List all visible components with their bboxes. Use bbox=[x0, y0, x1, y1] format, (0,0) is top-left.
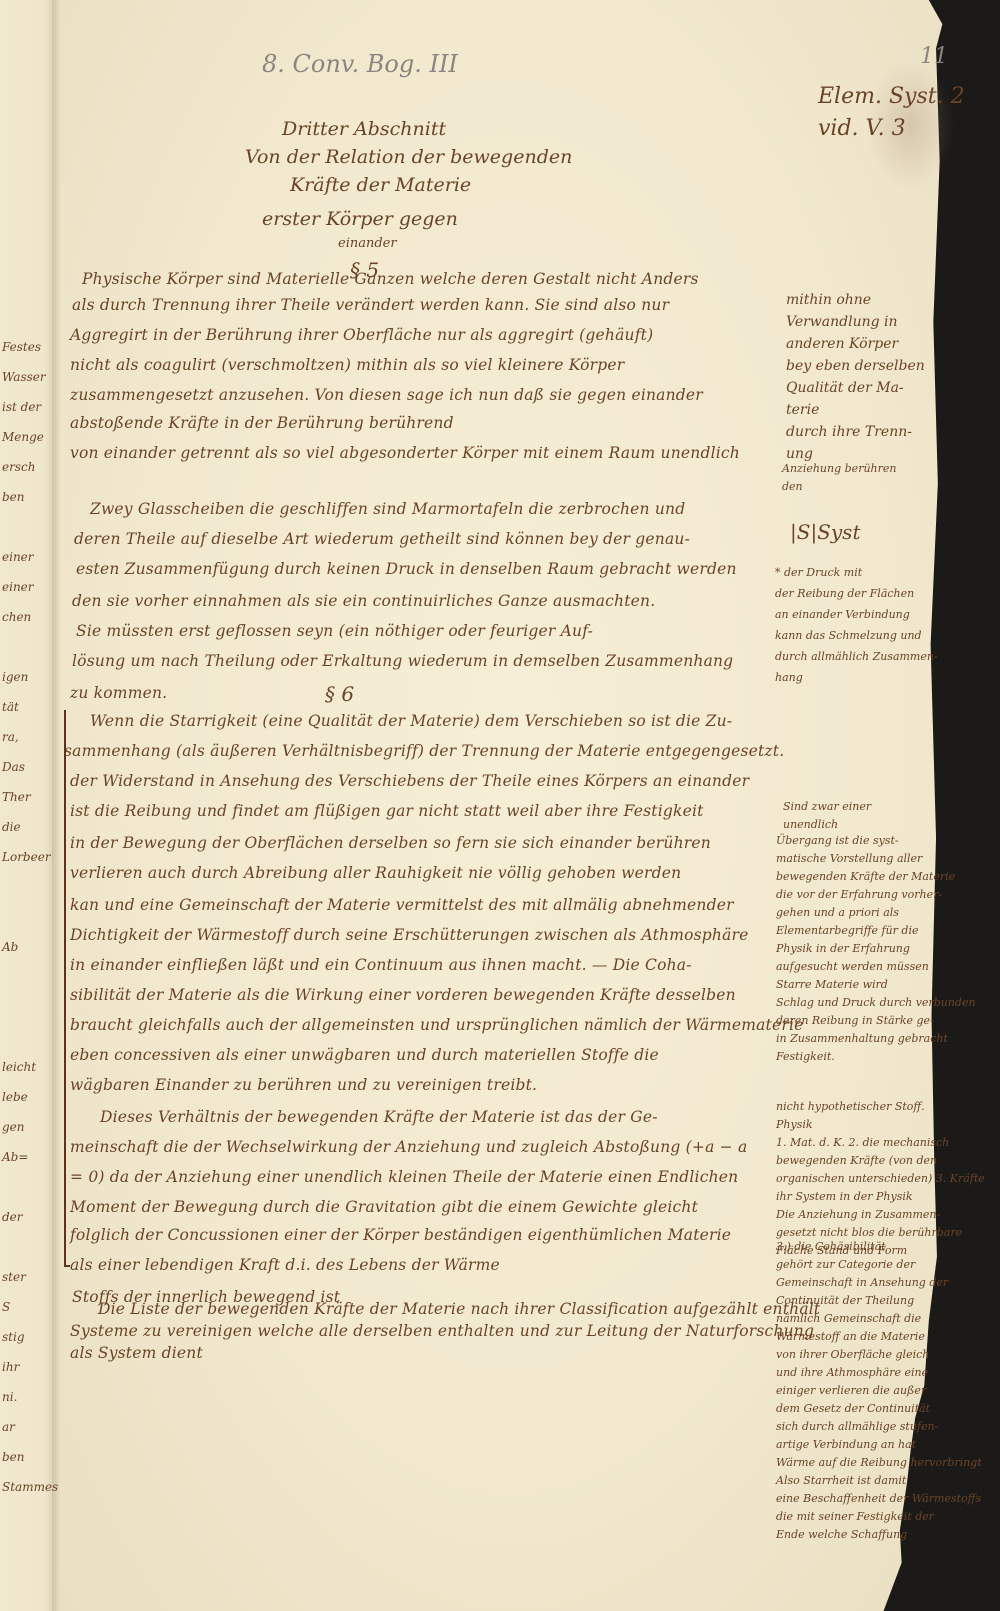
main-text-line: Systeme zu vereinigen welche alle dersel… bbox=[70, 1322, 770, 1340]
margin-note-line: dem Gesetz der Continuität bbox=[776, 1402, 930, 1415]
margin-note-line: gesetzt nicht blos die berührbare bbox=[776, 1226, 962, 1239]
margin-note-line: bewegenden Kräfte (von den bbox=[776, 1154, 937, 1167]
margin-note-line: Elementarbegriffe für die bbox=[776, 924, 918, 937]
margin-note-line: Qualität der Ma- bbox=[786, 380, 904, 396]
margin-note-line: durch ihre Trenn- bbox=[786, 424, 912, 440]
margin-note-line: und ihre Athmosphäre eine bbox=[776, 1366, 928, 1379]
margin-note-line: durch allmählich Zusammen- bbox=[775, 650, 938, 663]
section-6-mark: § 6 bbox=[325, 682, 354, 706]
left-fragment-line: chen bbox=[2, 610, 31, 624]
main-text-line: Physische Körper sind Materielle Ganzen … bbox=[82, 270, 699, 288]
left-fragment-line: Lorbeer bbox=[2, 850, 51, 864]
left-fragment-line: ster bbox=[2, 1270, 26, 1284]
main-text-line: zusammengesetzt anzusehen. Von diesen sa… bbox=[70, 386, 703, 404]
margin-note-line: an einander Verbindung bbox=[775, 608, 910, 621]
left-fragment-line: ni. bbox=[2, 1390, 17, 1404]
main-text-line: folglich der Concussionen einer der Körp… bbox=[70, 1226, 731, 1244]
title-line-2: Von der Relation der bewegenden bbox=[245, 146, 572, 168]
left-fragment-line: Ab bbox=[2, 940, 18, 954]
main-text-line: von einander getrennt als so viel abgeso… bbox=[70, 444, 740, 462]
margin-note-line: Wärme auf die Reibung hervorbringt bbox=[776, 1456, 982, 1469]
main-text-line: sammenhang (als äußeren Verhältnisbegrif… bbox=[64, 742, 764, 760]
main-text-line: Dichtigkeit der Wärmestoff durch seine E… bbox=[70, 926, 749, 944]
main-text-line: Aggregirt in der Berührung ihrer Oberflä… bbox=[70, 326, 653, 344]
margin-note-line: Continuität der Theilung bbox=[776, 1294, 914, 1307]
margin-note-line: 3.) die Cohäsibilität bbox=[776, 1240, 886, 1253]
margin-note-line: 1. Mat. d. K. 2. die mechanisch bbox=[776, 1136, 949, 1149]
margin-note-line: ung bbox=[786, 446, 813, 462]
left-fragment-line: Menge bbox=[2, 430, 44, 444]
margin-note-line: mithin ohne bbox=[786, 292, 871, 308]
main-text-line: Die Liste der bewegenden Kräfte der Mate… bbox=[98, 1300, 798, 1318]
margin-note-line: die mit seiner Festigkeit der bbox=[776, 1510, 934, 1523]
main-text-line: verlieren auch durch Abreibung aller Rau… bbox=[70, 864, 681, 882]
margin-note-line: einiger verlieren die außer bbox=[776, 1384, 926, 1397]
folio-number: 11 bbox=[920, 44, 948, 69]
left-fragment-line: einer bbox=[2, 580, 34, 594]
left-fragment-line: Ther bbox=[2, 790, 31, 804]
left-fragment-line: Festes bbox=[2, 340, 41, 354]
margin-note-line: eine Beschaffenheit der Wärmestoffs bbox=[776, 1492, 981, 1505]
margin-note-line: sich durch allmählige stufen- bbox=[776, 1420, 938, 1433]
top-right-note-2: vid. V. 3 bbox=[818, 116, 906, 141]
main-text-line: Dieses Verhältnis der bewegenden Kräfte … bbox=[100, 1108, 658, 1126]
margin-note-line: matische Vorstellung aller bbox=[776, 852, 922, 865]
left-fragment-line: stig bbox=[2, 1330, 25, 1344]
title-line-1: Dritter Abschnitt bbox=[282, 118, 446, 140]
pencil-note: 8. Conv. Bog. III bbox=[262, 50, 458, 78]
main-text-line: ist die Reibung und findet am flüßigen g… bbox=[70, 802, 704, 820]
left-fragment-line: ben bbox=[2, 1450, 25, 1464]
margin-note-line: nämlich Gemeinschaft die bbox=[776, 1312, 921, 1325]
left-fragment-line: gen bbox=[2, 1120, 25, 1134]
margin-note-line: Schlag und Druck durch verbunden bbox=[776, 996, 976, 1009]
left-fragment-line: S bbox=[2, 1300, 10, 1314]
main-text-line: eben concessiven als einer unwägbaren un… bbox=[70, 1046, 659, 1064]
main-text-line: abstoßende Kräfte in der Berührung berüh… bbox=[70, 414, 454, 432]
main-text-line: lösung um nach Theilung oder Erkaltung w… bbox=[72, 652, 733, 670]
left-fragment-line: Das bbox=[2, 760, 25, 774]
main-text-line: als System dient bbox=[70, 1344, 203, 1362]
title-line-3: Kräfte der Materie bbox=[290, 174, 471, 196]
main-text-line: den sie vorher einnahmen als sie ein con… bbox=[72, 592, 655, 610]
margin-note-line: kann das Schmelzung und bbox=[775, 629, 922, 642]
main-text-line: wägbaren Einander zu berühren und zu ver… bbox=[70, 1076, 537, 1094]
margin-note-line: bey eben derselben bbox=[786, 358, 925, 374]
margin-note-line: bewegenden Kräfte der Materie bbox=[776, 870, 955, 883]
margin-note-line: hang bbox=[775, 671, 803, 684]
title-line-5: einander bbox=[338, 236, 397, 251]
main-text-line: sibilität der Materie als die Wirkung ei… bbox=[70, 986, 736, 1004]
left-fragment-line: ra, bbox=[2, 730, 19, 744]
main-text-line: in einander einfließen läßt und ein Cont… bbox=[70, 956, 692, 974]
margin-note-line: terie bbox=[786, 402, 819, 418]
margin-note-line: den bbox=[782, 480, 803, 493]
main-text-line: zu kommen. bbox=[70, 684, 167, 702]
left-fragment-line: einer bbox=[2, 550, 34, 564]
margin-note-line: Sind zwar einer bbox=[783, 800, 871, 813]
left-fragment-line: die bbox=[2, 820, 21, 834]
margin-note-line: anderen Körper bbox=[786, 336, 898, 352]
main-text-line: deren Theile auf dieselbe Art wiederum g… bbox=[74, 530, 690, 548]
left-fragment-line: tät bbox=[2, 700, 19, 714]
margin-note-line: gehen und a priori als bbox=[776, 906, 899, 919]
main-text-line: esten Zusammenfügung durch keinen Druck … bbox=[76, 560, 737, 578]
margin-note-line: Starre Materie wird bbox=[776, 978, 888, 991]
margin-note-line: Ende welche Schaffung bbox=[776, 1528, 907, 1541]
left-fragment-line: ersch bbox=[2, 460, 35, 474]
left-fragment-line: lebe bbox=[2, 1090, 28, 1104]
main-text-line: braucht gleichfalls auch der allgemeinst… bbox=[70, 1016, 770, 1034]
margin-note-line: deren Reibung in Stärke ge- bbox=[776, 1014, 934, 1027]
left-fragment-line: der bbox=[2, 1210, 23, 1224]
margin-note-line: die vor der Erfahrung vorher- bbox=[776, 888, 942, 901]
main-text-line: Sie müssten erst geflossen seyn (ein nöt… bbox=[76, 622, 593, 640]
margin-note-line: |S|Syst bbox=[790, 520, 860, 544]
margin-note-line: nicht hypothetischer Stoff. bbox=[776, 1100, 925, 1113]
main-text-line: als durch Trennung ihrer Theile veränder… bbox=[72, 296, 669, 314]
left-fragment-line: ben bbox=[2, 490, 25, 504]
margin-bracket bbox=[64, 710, 70, 1267]
title-line-4: erster Körper gegen bbox=[262, 208, 458, 230]
margin-note-line: Übergang ist die syst- bbox=[776, 834, 899, 847]
margin-note-line: organischen unterschieden) 3. Kräfte bbox=[776, 1172, 985, 1185]
margin-note-line: Die Anziehung in Zusammen- bbox=[776, 1208, 940, 1221]
margin-note-line: von ihrer Oberfläche gleich bbox=[776, 1348, 929, 1361]
left-fragment-line: leicht bbox=[2, 1060, 36, 1074]
margin-note-line: ihr System in der Physik bbox=[776, 1190, 913, 1203]
margin-note-line: Verwandlung in bbox=[786, 314, 898, 330]
left-fragment-line: Wasser bbox=[2, 370, 46, 384]
main-text-line: Zwey Glasscheiben die geschliffen sind M… bbox=[90, 500, 685, 518]
margin-note-line: artige Verbindung an hat bbox=[776, 1438, 916, 1451]
main-text-line: nicht als coagulirt (verschmoltzen) mith… bbox=[70, 356, 624, 374]
left-fragment-line: Ab= bbox=[2, 1150, 28, 1164]
margin-note-line: unendlich bbox=[783, 818, 838, 831]
margin-note-line: in Zusammenhaltung gebracht bbox=[776, 1032, 948, 1045]
main-text-line: meinschaft die der Wechselwirkung der An… bbox=[70, 1138, 747, 1156]
main-text-line: Moment der Bewegung durch die Gravitatio… bbox=[70, 1198, 698, 1216]
left-fragment-line: ist der bbox=[2, 400, 41, 414]
margin-note-line: * der Druck mit bbox=[775, 566, 862, 579]
margin-note-line: Anziehung berühren bbox=[782, 462, 896, 475]
margin-note-line: gehört zur Categorie der bbox=[776, 1258, 915, 1271]
main-text-line: als einer lebendigen Kraft d.i. des Lebe… bbox=[70, 1256, 500, 1274]
left-fragment-line: Stammes bbox=[2, 1480, 58, 1494]
margin-note-line: Gemeinschaft in Ansehung der bbox=[776, 1276, 948, 1289]
margin-note-line: der Reibung der Flächen bbox=[775, 587, 914, 600]
left-fragment-line: ihr bbox=[2, 1360, 19, 1374]
margin-note-line: Festigkeit. bbox=[776, 1050, 835, 1063]
margin-note-line: Also Starrheit ist damit bbox=[776, 1474, 906, 1487]
main-text-line: Wenn die Starrigkeit (eine Qualität der … bbox=[90, 712, 732, 730]
margin-note-line: aufgesucht werden müssen bbox=[776, 960, 929, 973]
main-text-line: in der Bewegung der Oberflächen derselbe… bbox=[70, 834, 711, 852]
main-text-line: kan und eine Gemeinschaft der Materie ve… bbox=[70, 896, 734, 914]
top-right-note-1: Elem. Syst. 2 bbox=[818, 84, 965, 109]
margin-note-line: Physik bbox=[776, 1118, 813, 1131]
main-text-line: = 0) da der Anziehung einer unendlich kl… bbox=[70, 1168, 738, 1186]
left-fragment-line: igen bbox=[2, 670, 28, 684]
margin-note-line: Wärmestoff an die Materie bbox=[776, 1330, 925, 1343]
left-fragment-line: ar bbox=[2, 1420, 15, 1434]
main-text-line: der Widerstand in Ansehung des Verschieb… bbox=[70, 772, 749, 790]
margin-note-line: Physik in der Erfahrung bbox=[776, 942, 910, 955]
